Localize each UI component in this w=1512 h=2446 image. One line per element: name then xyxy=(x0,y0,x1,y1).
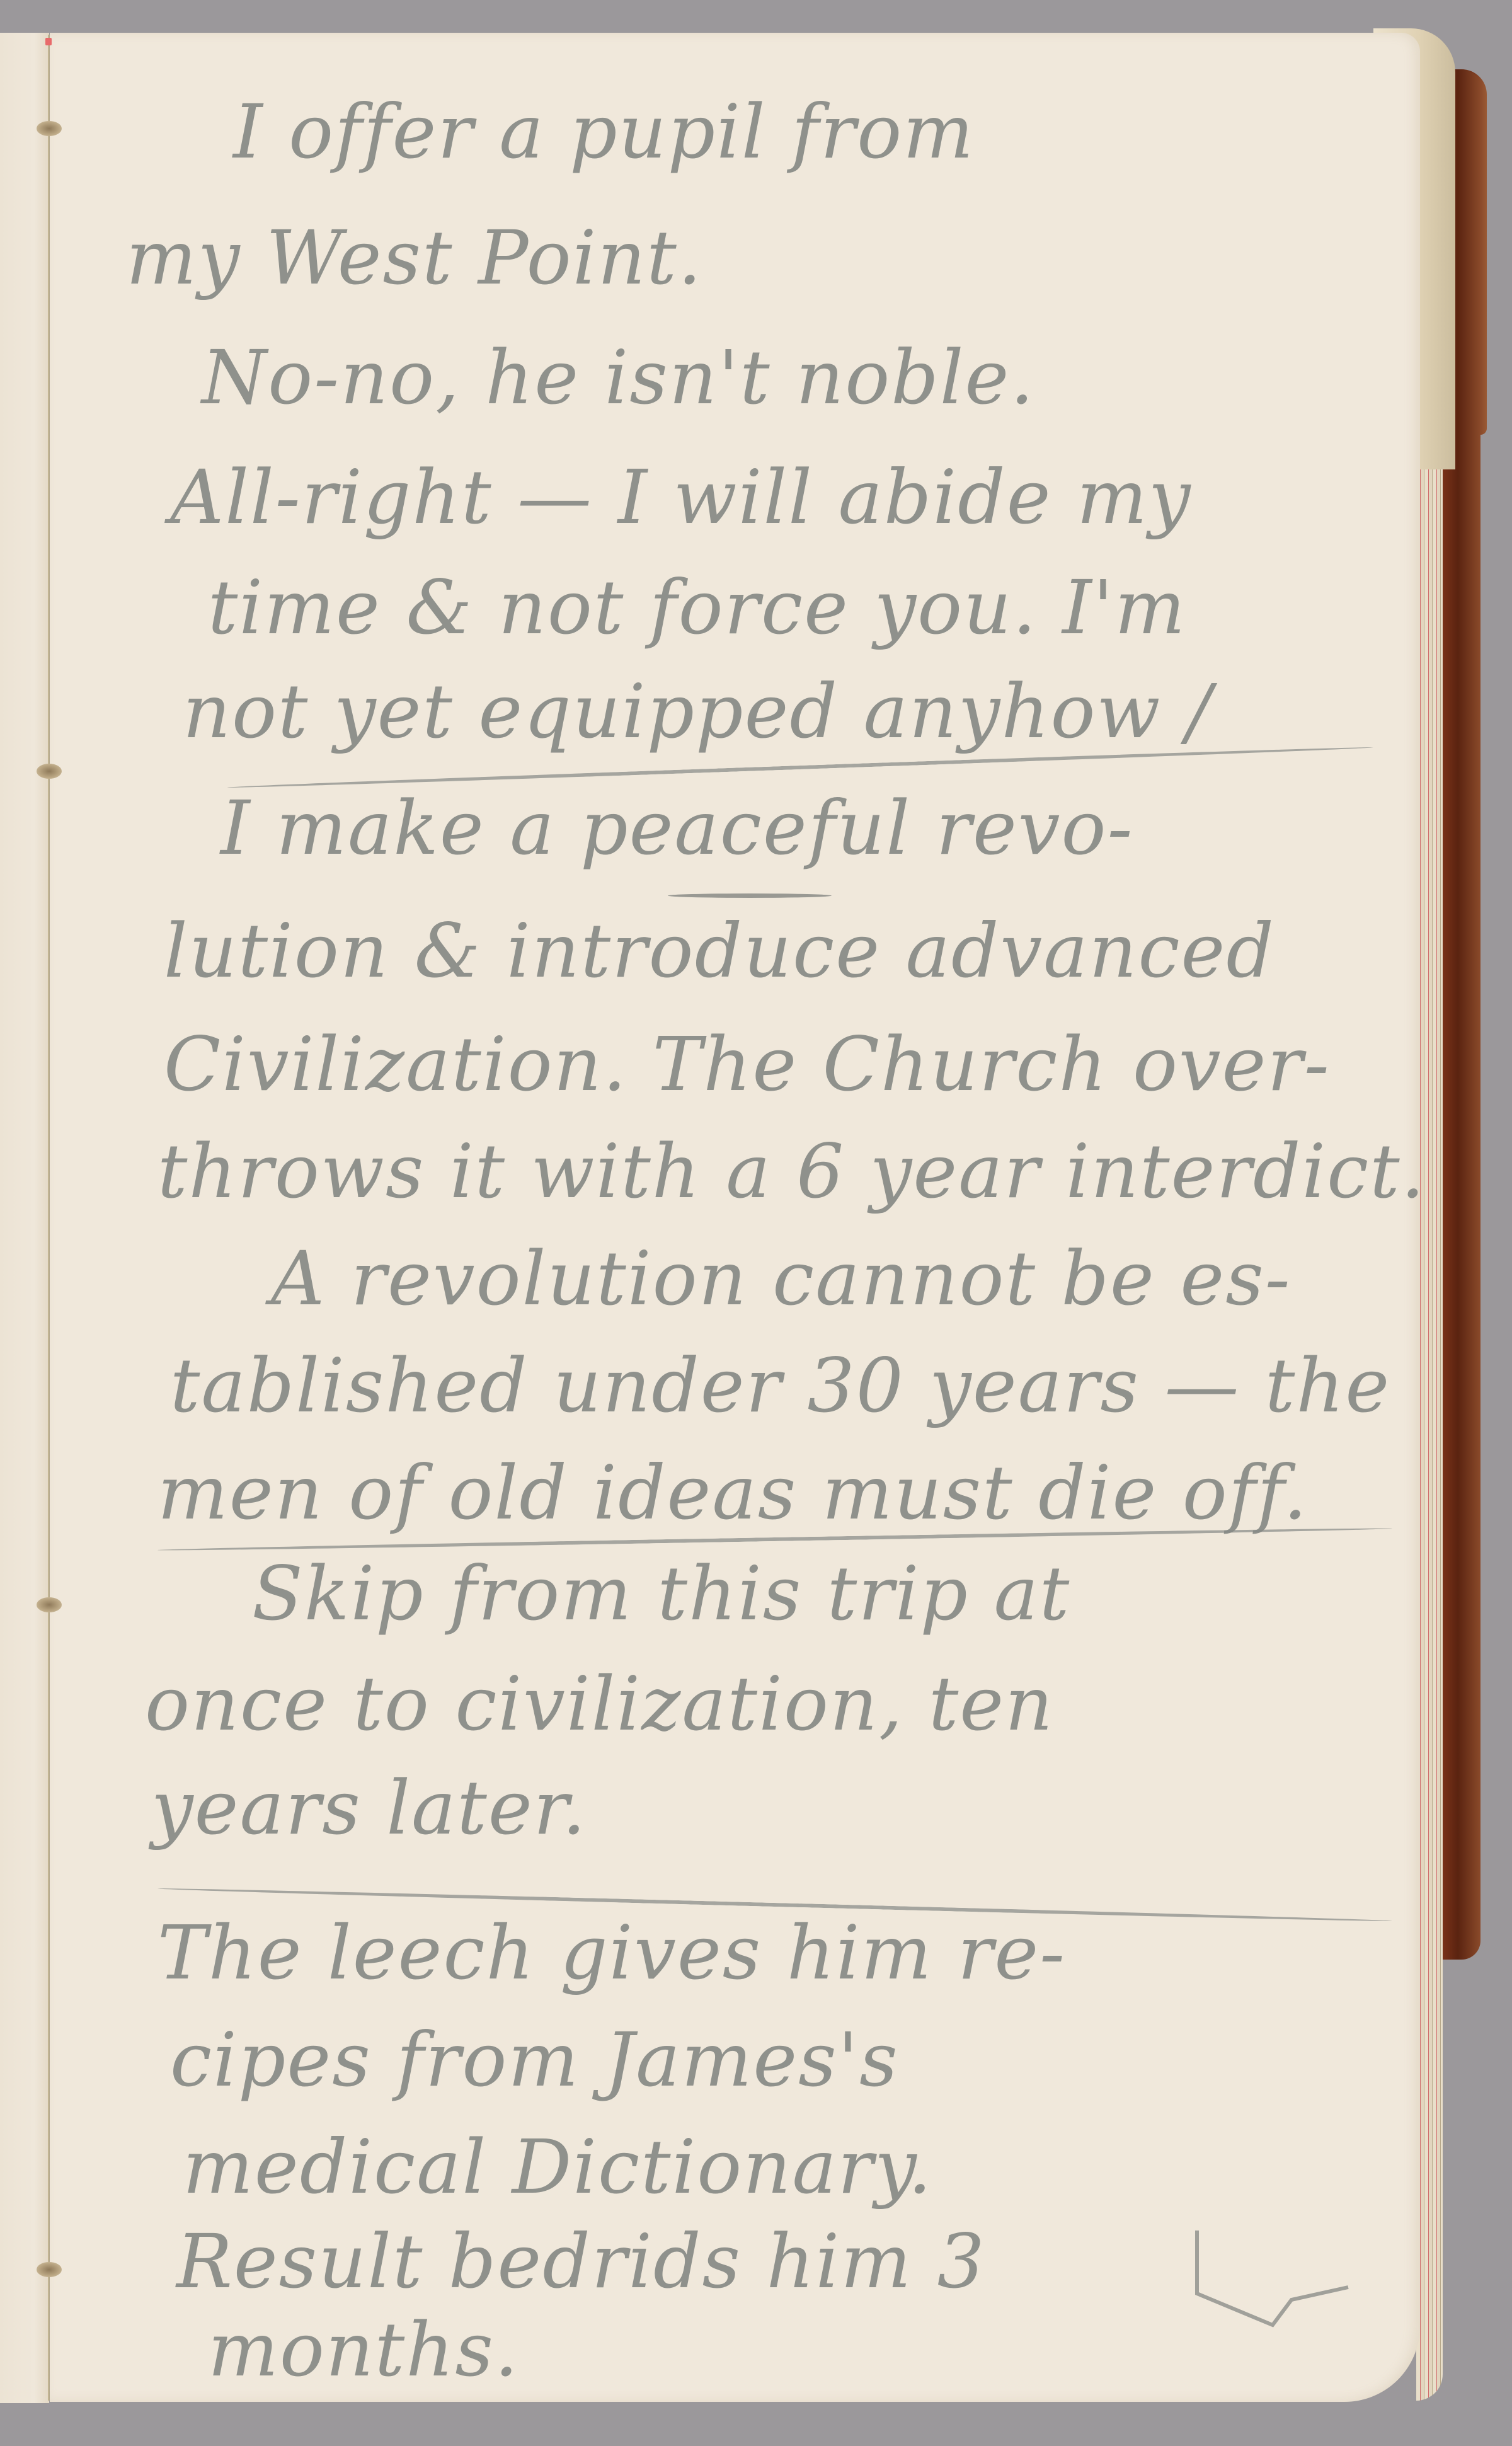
underline-peace xyxy=(668,893,832,898)
handwritten-line: months. xyxy=(208,2306,519,2393)
handwritten-line: time & not force you. I'm xyxy=(208,564,1186,651)
binding-hole xyxy=(37,2262,62,2277)
handwritten-line: Result bedrids him 3 xyxy=(176,2218,986,2305)
page-stack-edge xyxy=(1416,441,1443,2401)
handwritten-line: lution & introduce advanced xyxy=(164,907,1275,994)
binding-hole xyxy=(37,121,62,136)
gutter-fold xyxy=(48,35,50,2401)
handwritten-line: years later. xyxy=(151,1764,587,1851)
binding-hole xyxy=(37,1597,62,1612)
handwritten-line: Skip from this trip at xyxy=(252,1550,1070,1637)
binding-hole xyxy=(37,764,62,779)
handwritten-line: once to civilization, ten xyxy=(145,1660,1054,1747)
handwritten-line: tablished under 30 years — the xyxy=(170,1342,1390,1429)
handwritten-line: medical Dictionary. xyxy=(183,2123,933,2210)
handwritten-line: All-right — I will abide my xyxy=(170,454,1192,541)
facing-left-page xyxy=(0,33,49,2403)
handwritten-line: A revolution cannot be es- xyxy=(271,1235,1291,1322)
handwritten-line: No-no, he isn't noble. xyxy=(202,334,1035,421)
pencil-arrow-mark xyxy=(1184,2218,1361,2344)
handwritten-line: The leech gives him re- xyxy=(157,1909,1066,1996)
handwritten-line: I offer a pupil from xyxy=(233,88,975,175)
handwritten-line: my West Point. xyxy=(126,214,702,301)
handwritten-line: Civilization. The Church over- xyxy=(164,1021,1331,1108)
handwritten-line: I make a peaceful revo- xyxy=(220,784,1133,871)
handwritten-line: cipes from James's xyxy=(170,2016,899,2103)
handwritten-line: not yet equipped anyhow / xyxy=(183,668,1213,755)
red-edge-mark xyxy=(45,38,52,45)
handwritten-line: throws it with a 6 year interdict. xyxy=(157,1128,1426,1215)
handwritten-line: men of old ideas must die off. xyxy=(157,1449,1309,1536)
